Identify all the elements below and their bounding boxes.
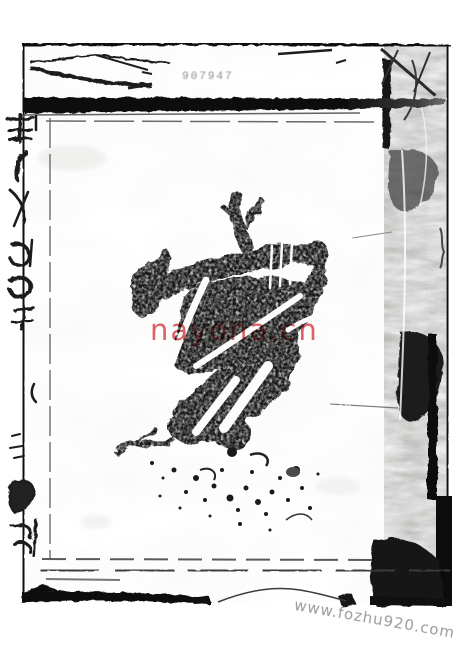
scanned-book-cover: 907947 nayona.cn www.fozhu920.com 家 bbox=[0, 0, 468, 663]
watermark-center: nayona.cn bbox=[150, 313, 319, 347]
catalog-stamp-number: 907947 bbox=[182, 71, 234, 83]
